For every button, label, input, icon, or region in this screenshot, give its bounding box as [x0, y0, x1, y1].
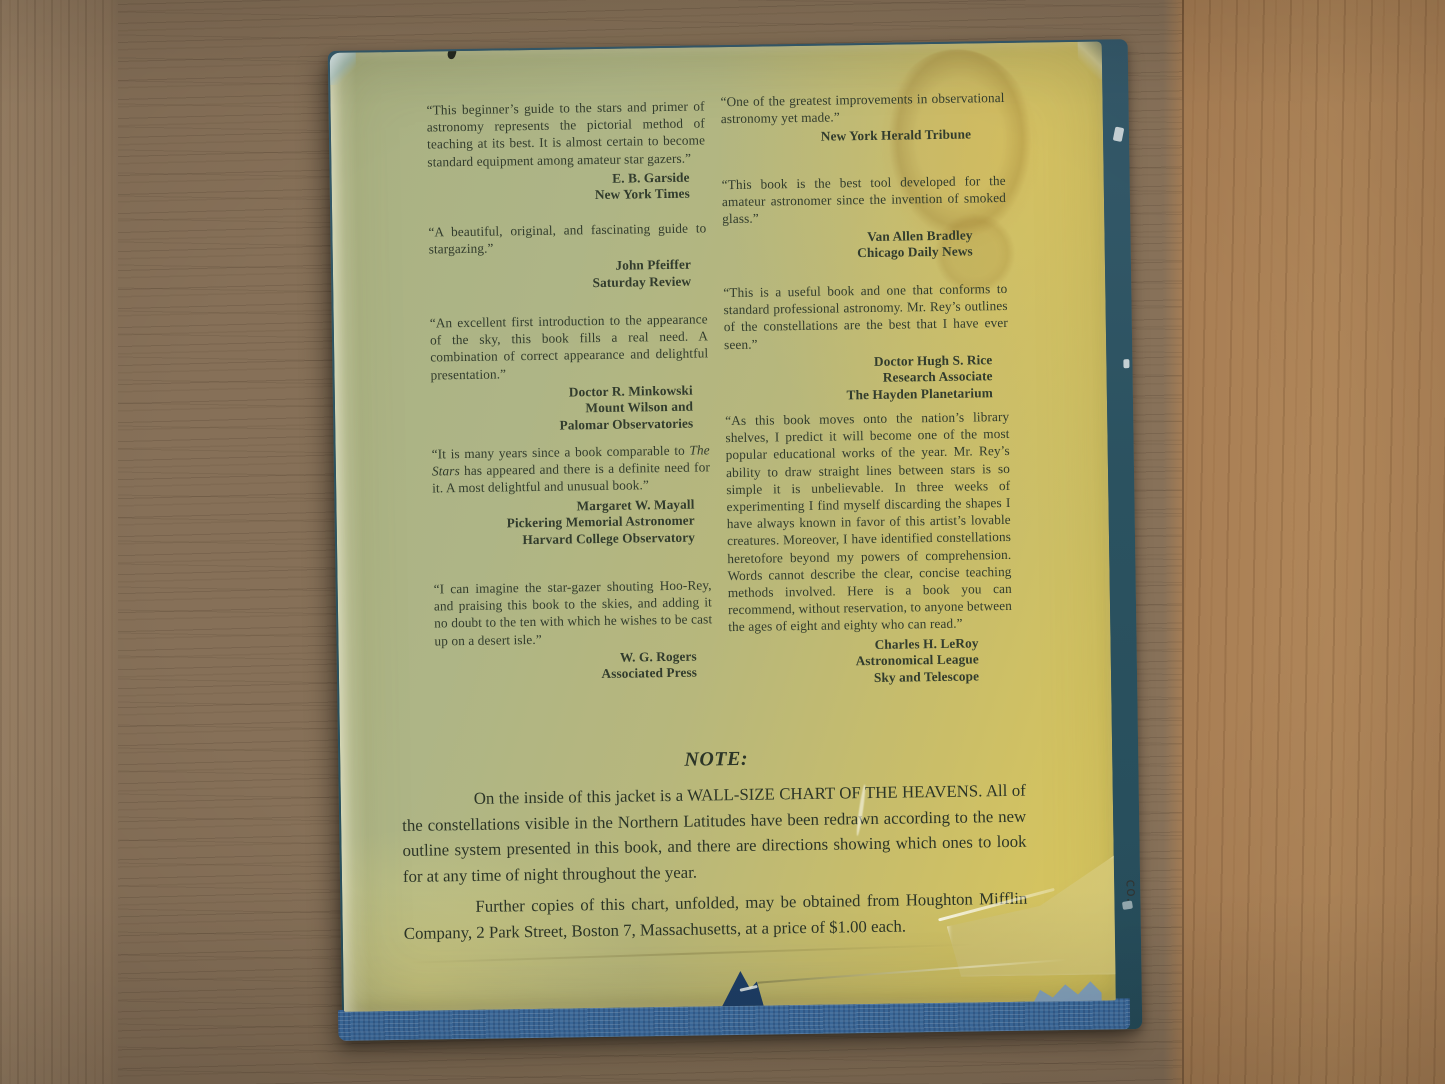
quote-bradley: “This book is the best tool developed fo… [722, 172, 1007, 264]
quote-pfeiffer: “A beautiful, original, and fascinating … [428, 219, 707, 294]
photo-of-book-on-table: { "quotes_left": [ { "text": "“This begi… [0, 0, 1445, 1084]
quote-attribution: John Pfeiffer Saturday Review [429, 257, 707, 294]
quote-attribution: Doctor Hugh S. Rice Research Associate T… [724, 352, 1009, 406]
quote-mayall: “It is many years since a book comparabl… [432, 441, 712, 550]
quote-text: “This beginner’s guide to the stars and … [426, 97, 705, 170]
dust-jacket-back: “This beginner’s guide to the stars and … [330, 42, 1116, 1012]
wood-table-left-board [0, 0, 118, 1084]
handwritten-edge-mark: co. [1122, 879, 1139, 903]
crease-line [403, 943, 975, 963]
wood-table-right-board [1182, 0, 1445, 1084]
quote-text: “One of the greatest improvements in obs… [720, 89, 1004, 128]
cloth-wear-chip [1113, 127, 1125, 142]
quote-text: “As this book moves onto the nation’s li… [725, 408, 1012, 636]
quote-leroy: “As this book moves onto the nation’s li… [725, 408, 1013, 689]
quote-text: “An excellent first introduction to the … [430, 310, 709, 383]
quote-attribution: Van Allen Bradley Chicago Daily News [722, 227, 1006, 264]
quote-garside: “This beginner’s guide to the stars and … [426, 97, 706, 206]
quote-attribution: Doctor R. Minkowski Mount Wilson and Pal… [431, 382, 710, 436]
quote-text: “A beautiful, original, and fascinating … [428, 219, 706, 258]
quote-rice: “This is a useful book and one that conf… [723, 280, 1009, 406]
quote-attribution: Margaret W. Mayall Pickering Memorial As… [432, 496, 711, 550]
quote-rogers: “I can imagine the star-gazer shouting H… [434, 576, 714, 685]
quote-herald-tribune: “One of the greatest improvements in obs… [720, 89, 1005, 147]
note-heading: NOTE: [436, 744, 996, 775]
book: co. “This beginner’s guide to the stars … [328, 39, 1143, 1041]
quote-text: “I can imagine the star-gazer shouting H… [434, 576, 713, 649]
corner-wear [1078, 42, 1105, 80]
quote-attribution: E. B. Garside New York Times [428, 169, 706, 206]
quote-text: “This book is the best tool developed fo… [722, 172, 1007, 228]
quote-text: “This is a useful book and one that conf… [723, 280, 1008, 353]
note-paragraph: Further copies of this chart, unfolded, … [403, 886, 1028, 946]
note-paragraph: On the inside of this jacket is a WALL-S… [402, 778, 1027, 889]
quote-text: “It is many years since a book comparabl… [432, 441, 711, 497]
quote-attribution: W. G. Rogers Associated Press [435, 648, 713, 685]
corner-wear [330, 51, 356, 85]
cloth-wear-chip [1123, 359, 1129, 368]
quote-attribution: Charles H. LeRoy Astronomical League Sky… [728, 635, 1013, 689]
quote-minkowski: “An excellent first introduction to the … [430, 310, 710, 436]
note-body: On the inside of this jacket is a WALL-S… [402, 778, 1028, 946]
